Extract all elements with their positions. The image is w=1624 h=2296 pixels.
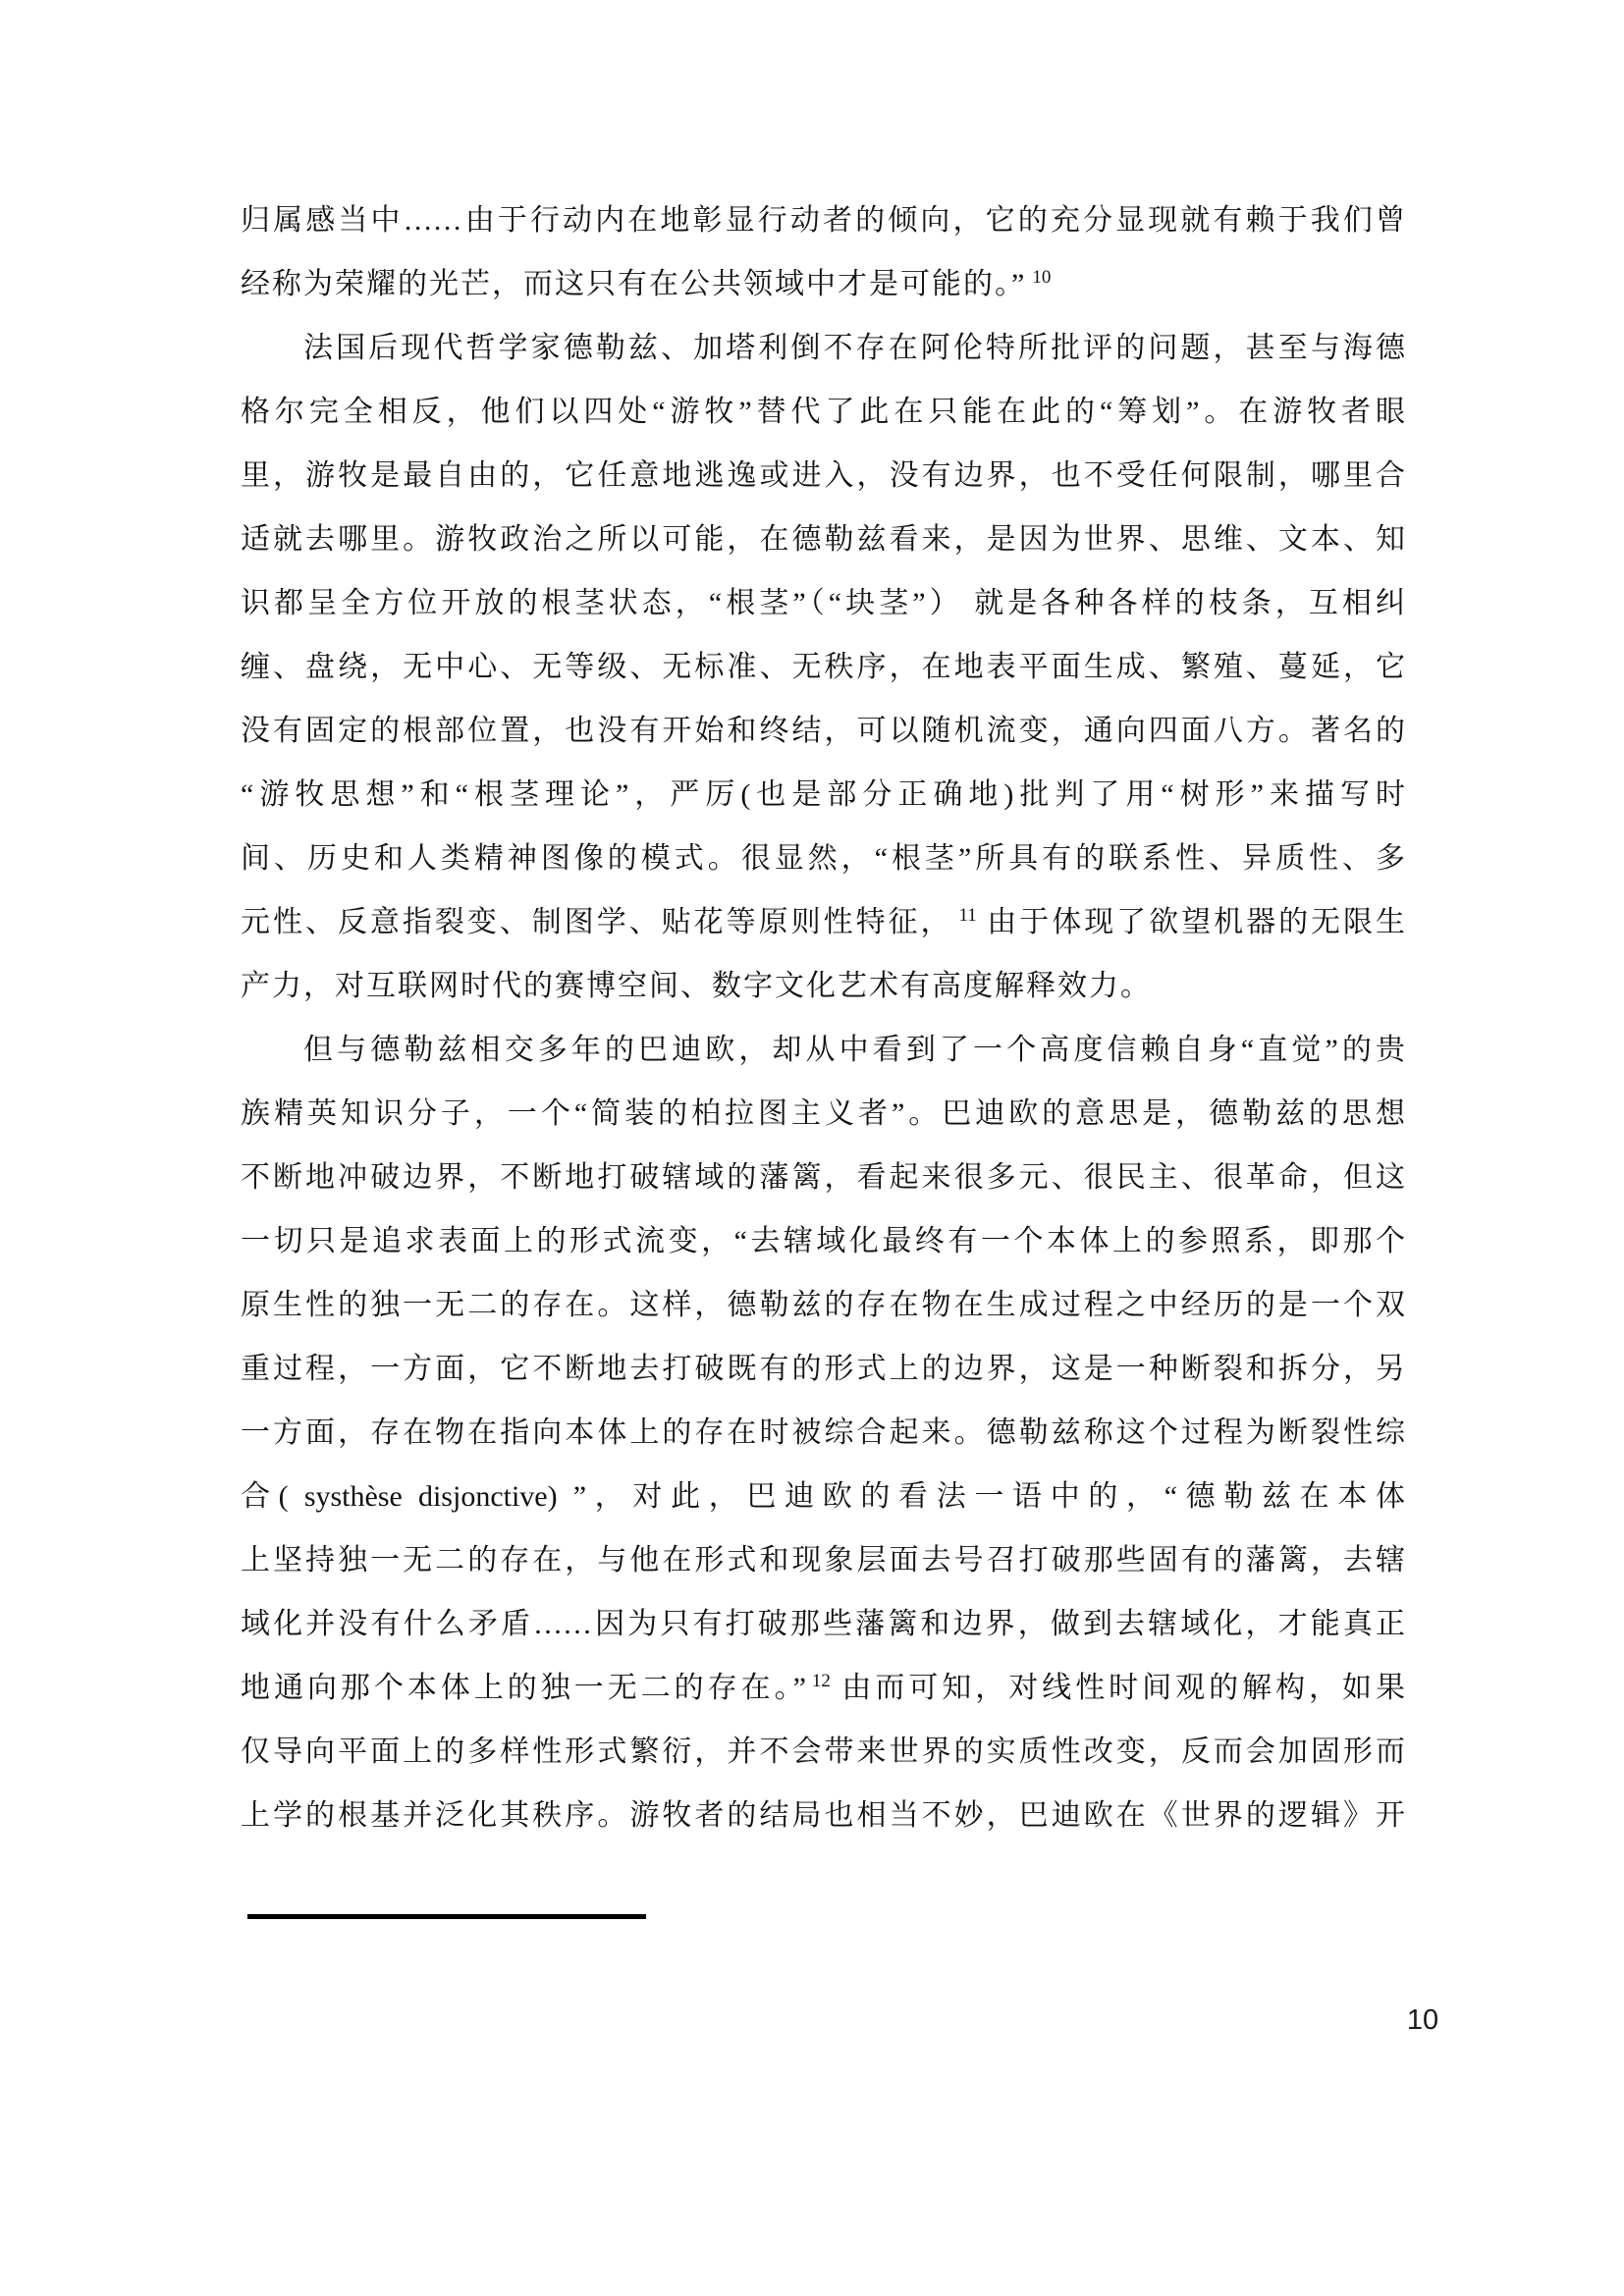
line-text: 由而可知，对线性时间观的解构，如果 bbox=[831, 1672, 1405, 1704]
text-line: 地通向那个本体上的独一无二的存在。”12 由而可知，对线性时间观的解构，如果 bbox=[241, 1656, 1405, 1720]
footnote-ref: 10 bbox=[1032, 267, 1051, 288]
line-text: 重过程，一方面，它不断地去打破既有的形式上的边界，这是一种断裂和拆分，另 bbox=[241, 1353, 1405, 1385]
text-line: 归属感当中……由于行动内在地彰显行动者的倾向，它的充分显现就有赖于我们曾 bbox=[241, 188, 1405, 252]
text-line: 不断地冲破边界，不断地打破辖域的藩篱，看起来很多元、很民主、很革命，但这 bbox=[241, 1146, 1405, 1209]
text-line: 合( systhèse disjonctive) ”，对此，巴迪欧的看法一语中的… bbox=[241, 1465, 1405, 1528]
text-line: 域化并没有什么矛盾……因为只有打破那些藩篱和边界，做到去辖域化，才能真正 bbox=[241, 1592, 1405, 1656]
text-line: 仅导向平面上的多样性形式繁衍，并不会带来世界的实质性改变，反而会加固形而 bbox=[241, 1720, 1405, 1784]
line-text: “游牧思想”和“根茎理论”，严厉(也是部分正确地)批判了用“树形”来描写时 bbox=[241, 778, 1405, 811]
text-line: “游牧思想”和“根茎理论”，严厉(也是部分正确地)批判了用“树形”来描写时 bbox=[241, 763, 1405, 827]
line-text: 上学的根基并泛化其秩序。游牧者的结局也相当不妙，巴迪欧在《世界的逻辑》开 bbox=[241, 1799, 1405, 1832]
line-text: 原生性的独一无二的存在。这样，德勒兹的存在物在生成过程之中经历的是一个双 bbox=[241, 1289, 1405, 1321]
line-text: 没有固定的根部位置，也没有开始和终结，可以随机流变，通向四面八方。著名的 bbox=[241, 715, 1405, 747]
line-text: 族精英知识分子，一个“简装的柏拉图主义者”。巴迪欧的意思是，德勒兹的思想 bbox=[241, 1097, 1405, 1130]
text-line: 元性、反意指裂变、制图学、贴花等原则性特征，11 由于体现了欲望机器的无限生 bbox=[241, 890, 1405, 954]
line-text: 合( systhèse disjonctive) ”，对此，巴迪欧的看法一语中的… bbox=[241, 1480, 1405, 1513]
text-line: 里，游牧是最自由的，它任意地逃逸或进入，没有边界，也不受任何限制，哪里合 bbox=[241, 444, 1405, 507]
text-line: 上坚持独一无二的存在，与他在形式和现象层面去号召打破那些固有的藩篱，去辖 bbox=[241, 1528, 1405, 1592]
line-text: 域化并没有什么矛盾……因为只有打破那些藩篱和边界，做到去辖域化，才能真正 bbox=[241, 1608, 1405, 1640]
text-line: 族精英知识分子，一个“简装的柏拉图主义者”。巴迪欧的意思是，德勒兹的思想 bbox=[241, 1082, 1405, 1146]
line-text: 间、历史和人类精神图像的模式。很显然，“根茎”所具有的联系性、异质性、多 bbox=[241, 842, 1405, 875]
text-line: 一切只是追求表面上的形式流变，“去辖域化最终有一个本体上的参照系，即那个 bbox=[241, 1209, 1405, 1273]
line-text: 但与德勒兹相交多年的巴迪欧，却从中看到了一个高度信赖自身“直觉”的贵 bbox=[303, 1034, 1405, 1066]
line-text: 经称为荣耀的光芒，而这只有在公共领域中才是可能的。” bbox=[241, 268, 1026, 300]
line-text: 一方面，存在物在指向本体上的存在时被综合起来。德勒兹称这个过程为断裂性综 bbox=[241, 1416, 1405, 1449]
page-number: 10 bbox=[1398, 2004, 1447, 2037]
line-text: 上坚持独一无二的存在，与他在形式和现象层面去号召打破那些固有的藩篱，去辖 bbox=[241, 1544, 1405, 1576]
line-text: 归属感当中……由于行动内在地彰显行动者的倾向，它的充分显现就有赖于我们曾 bbox=[241, 204, 1405, 237]
line-text: 不断地冲破边界，不断地打破辖域的藩篱，看起来很多元、很民主、很革命，但这 bbox=[241, 1161, 1405, 1194]
text-line: 缠、盘绕，无中心、无等级、无标准、无秩序，在地表平面生成、繁殖、蔓延，它 bbox=[241, 635, 1405, 699]
line-text: 一切只是追求表面上的形式流变，“去辖域化最终有一个本体上的参照系，即那个 bbox=[241, 1225, 1405, 1257]
line-text: 产力，对互联网时代的赛博空间、数字文化艺术有高度解释效力。 bbox=[241, 970, 1152, 1002]
line-text: 法国后现代哲学家德勒兹、加塔利倒不存在阿伦特所批评的问题，甚至与海德 bbox=[303, 332, 1405, 364]
text-line: 但与德勒兹相交多年的巴迪欧，却从中看到了一个高度信赖自身“直觉”的贵 bbox=[241, 1018, 1405, 1082]
line-text: 地通向那个本体上的独一无二的存在。” bbox=[241, 1672, 806, 1704]
text-line: 产力，对互联网时代的赛博空间、数字文化艺术有高度解释效力。 bbox=[241, 954, 1405, 1018]
line-text: 适就去哪里。游牧政治之所以可能，在德勒兹看来，是因为世界、思维、文本、知 bbox=[241, 523, 1405, 556]
text-line: 重过程，一方面，它不断地去打破既有的形式上的边界，这是一种断裂和拆分，另 bbox=[241, 1337, 1405, 1401]
text-line: 上学的根基并泛化其秩序。游牧者的结局也相当不妙，巴迪欧在《世界的逻辑》开 bbox=[241, 1784, 1405, 1847]
line-text: 格尔完全相反，他们以四处“游牧”替代了此在只能在此的“筹划”。在游牧者眼 bbox=[241, 396, 1405, 428]
line-text: 识都呈全方位开放的根茎状态，“根茎”（“块茎”） 就是各种各样的枝条，互相纠 bbox=[241, 587, 1405, 619]
text-line: 格尔完全相反，他们以四处“游牧”替代了此在只能在此的“筹划”。在游牧者眼 bbox=[241, 380, 1405, 444]
text-line: 间、历史和人类精神图像的模式。很显然，“根茎”所具有的联系性、异质性、多 bbox=[241, 827, 1405, 890]
text-line: 经称为荣耀的光芒，而这只有在公共领域中才是可能的。”10 bbox=[241, 252, 1405, 316]
text-line: 适就去哪里。游牧政治之所以可能，在德勒兹看来，是因为世界、思维、文本、知 bbox=[241, 507, 1405, 571]
line-text: 元性、反意指裂变、制图学、贴花等原则性特征， bbox=[241, 906, 953, 938]
text-line: 一方面，存在物在指向本体上的存在时被综合起来。德勒兹称这个过程为断裂性综 bbox=[241, 1401, 1405, 1465]
line-text: 里，游牧是最自由的，它任意地逃逸或进入，没有边界，也不受任何限制，哪里合 bbox=[241, 459, 1405, 492]
footnote-ref: 12 bbox=[812, 1671, 831, 1691]
text-line: 法国后现代哲学家德勒兹、加塔利倒不存在阿伦特所批评的问题，甚至与海德 bbox=[241, 316, 1405, 380]
line-text: 由于体现了欲望机器的无限生 bbox=[977, 906, 1405, 938]
text-line: 识都呈全方位开放的根茎状态，“根茎”（“块茎”） 就是各种各样的枝条，互相纠 bbox=[241, 571, 1405, 635]
text-line: 原生性的独一无二的存在。这样，德勒兹的存在物在生成过程之中经历的是一个双 bbox=[241, 1273, 1405, 1337]
text-line: 没有固定的根部位置，也没有开始和终结，可以随机流变，通向四面八方。著名的 bbox=[241, 699, 1405, 763]
footnote-separator bbox=[247, 1914, 646, 1919]
line-text: 缠、盘绕，无中心、无等级、无标准、无秩序，在地表平面生成、繁殖、蔓延，它 bbox=[241, 651, 1405, 683]
line-text: 仅导向平面上的多样性形式繁衍，并不会带来世界的实质性改变，反而会加固形而 bbox=[241, 1735, 1405, 1768]
body-text: 归属感当中……由于行动内在地彰显行动者的倾向，它的充分显现就有赖于我们曾 经称为… bbox=[241, 188, 1405, 1847]
footnote-ref: 11 bbox=[959, 905, 977, 926]
